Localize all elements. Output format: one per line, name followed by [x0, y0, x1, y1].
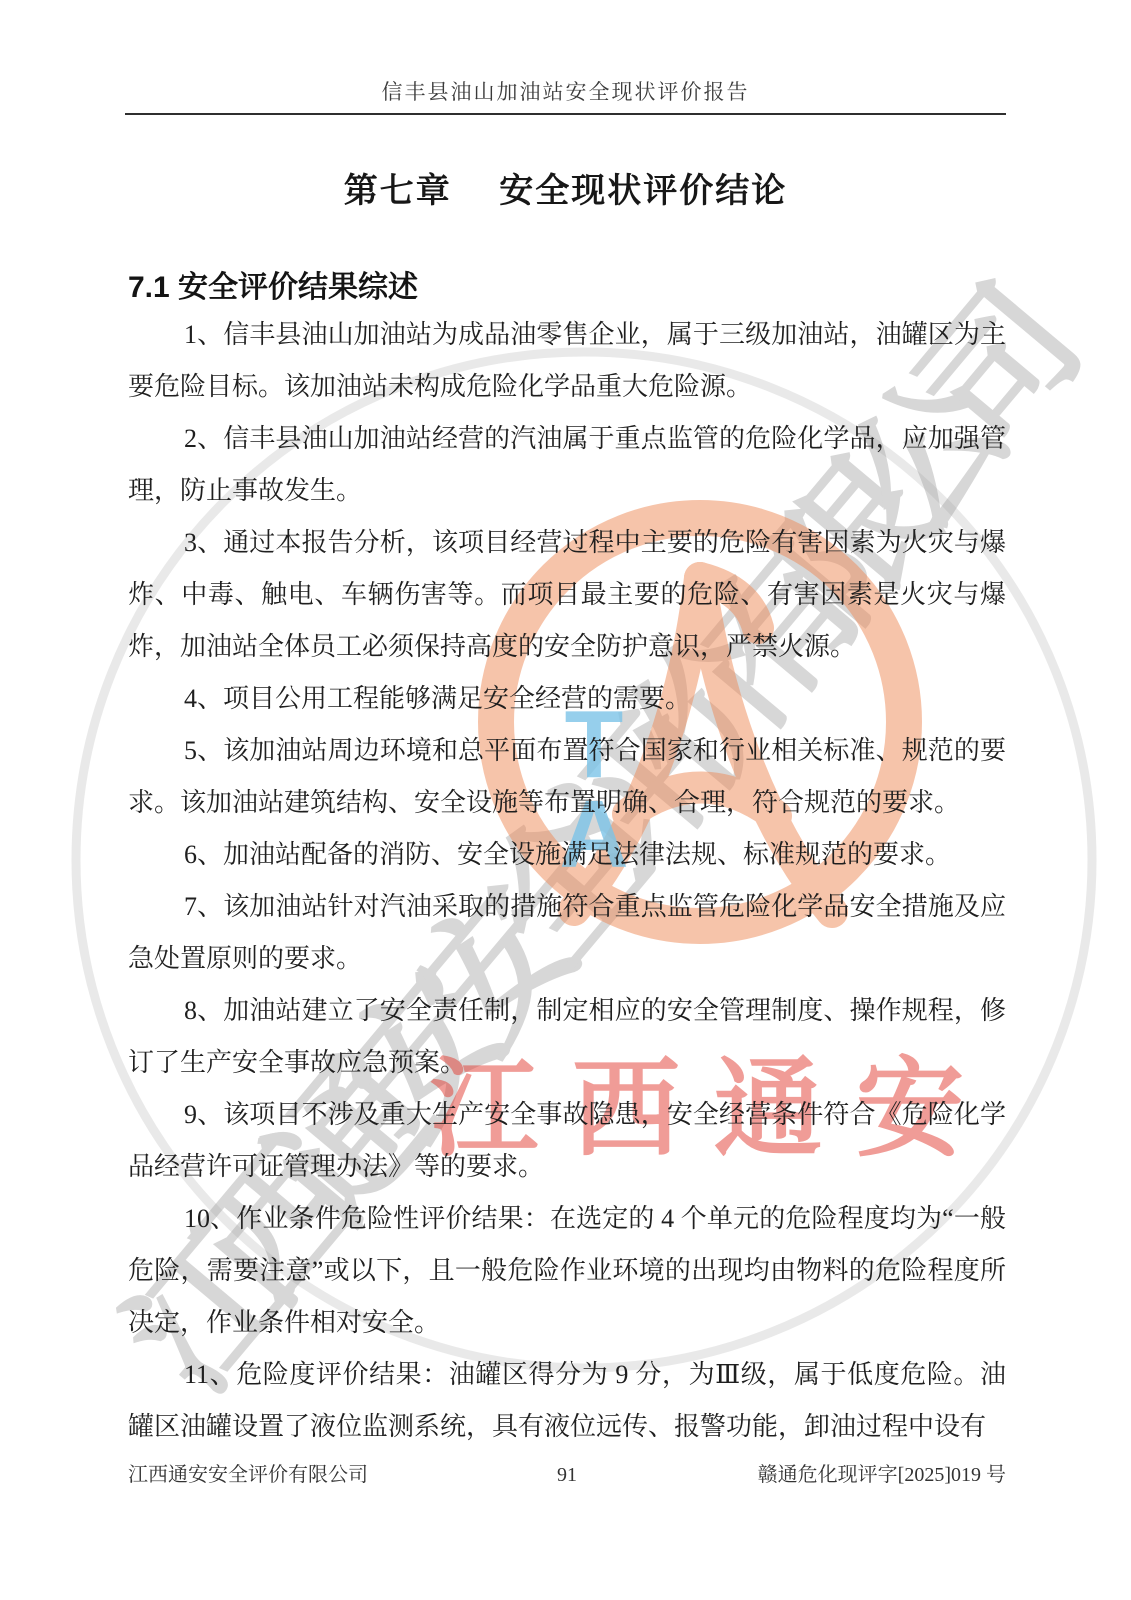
paragraph: 8、加油站建立了安全责任制，制定相应的安全管理制度、操作规程，修订了生产安全事故…	[128, 985, 1006, 1089]
paragraph: 2、信丰县油山加油站经营的汽油属于重点监管的危险化学品，应加强管理，防止事故发生…	[128, 413, 1006, 517]
paragraph: 11、危险度评价结果：油罐区得分为 9 分，为Ⅲ级，属于低度危险。油罐区油罐设置…	[128, 1349, 1006, 1453]
body-paragraphs: 1、信丰县油山加油站为成品油零售企业，属于三级加油站，油罐区为主要危险目标。该加…	[128, 309, 1006, 1453]
paragraph: 3、通过本报告分析，该项目经营过程中主要的危险有害因素为火灾与爆炸、中毒、触电、…	[128, 517, 1006, 673]
paragraph: 5、该加油站周边环境和总平面布置符合国家和行业相关标准、规范的要求。该加油站建筑…	[128, 725, 1006, 829]
page-header-title: 信丰县油山加油站安全现状评价报告	[125, 76, 1006, 106]
paragraph: 4、项目公用工程能够满足安全经营的需要。	[128, 673, 1006, 725]
paragraph: 1、信丰县油山加油站为成品油零售企业，属于三级加油站，油罐区为主要危险目标。该加…	[128, 309, 1006, 413]
section-heading: 7.1 安全评价结果综述	[128, 262, 418, 306]
chapter-title: 第七章 安全现状评价结论	[0, 163, 1131, 212]
paragraph: 9、该项目不涉及重大生产安全事故隐患，安全经营条件符合《危险化学品经营许可证管理…	[128, 1089, 1006, 1193]
paragraph: 10、作业条件危险性评价结果：在选定的 4 个单元的危险程度均为“一般危险，需要…	[128, 1193, 1006, 1349]
paragraph: 7、该加油站针对汽油采取的措施符合重点监管危险化学品安全措施及应急处置原则的要求…	[128, 881, 1006, 985]
page-content: 信丰县油山加油站安全现状评价报告 第七章 安全现状评价结论 7.1 安全评价结果…	[0, 0, 1131, 1600]
footer-doc-number: 赣通危化现评字[2025]019 号	[758, 1458, 1006, 1487]
paragraph: 6、加油站配备的消防、安全设施满足法律法规、标准规范的要求。	[128, 829, 1006, 881]
header-rule	[125, 113, 1006, 115]
document-page: 江西通安安全评价有限公司 TA 江西通安 信丰县油山加油站安全现状评价报告 第七…	[0, 0, 1131, 1600]
